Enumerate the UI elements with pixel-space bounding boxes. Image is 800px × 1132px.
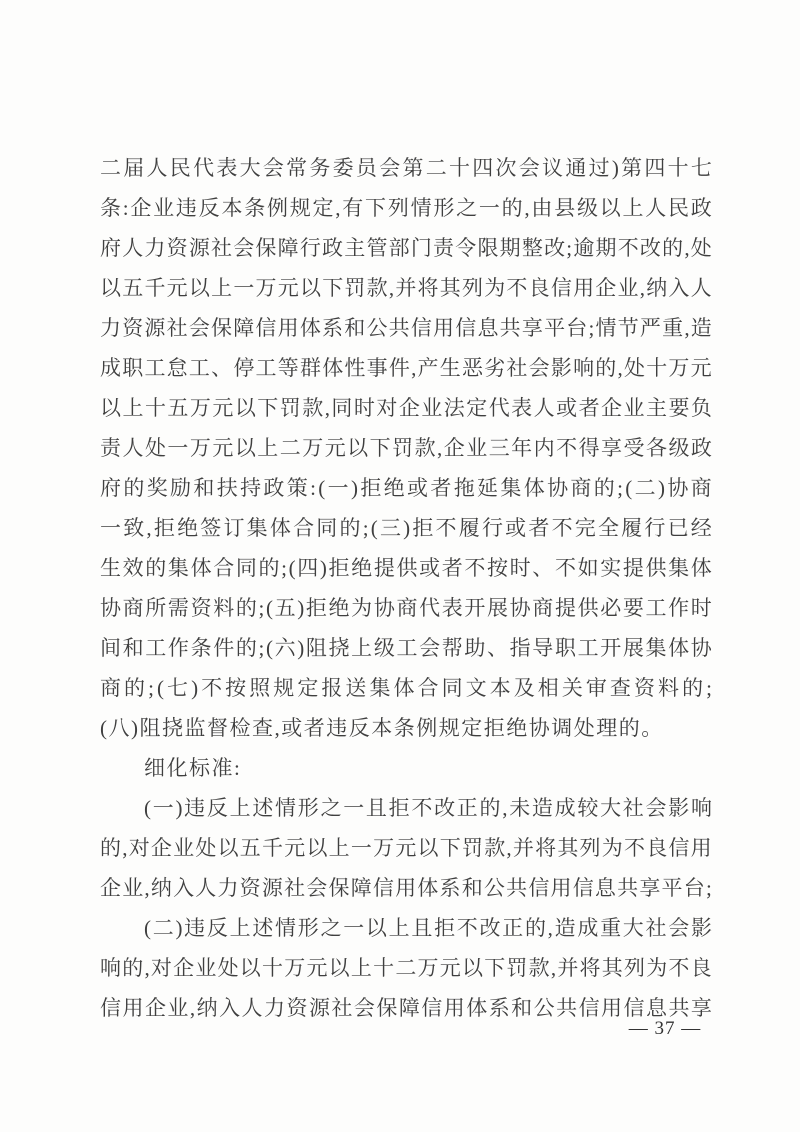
text-line: 成职工怠工、停工等群体性事件,产生恶劣社会影响的,处十万元	[100, 348, 712, 388]
text-line: 生效的集体合同的;(四)拒绝提供或者不按时、不如实提供集体	[100, 548, 712, 588]
text-line: 响的,对企业处以十万元以上十二万元以下罚款,并将其列为不良	[100, 948, 712, 988]
text-line: 企业,纳入人力资源社会保障信用体系和公共信用信息共享平台;	[100, 868, 712, 908]
text-line: (二)违反上述情形之一以上且拒不改正的,造成重大社会影	[100, 908, 712, 948]
text-line: (一)违反上述情形之一且拒不改正的,未造成较大社会影响	[100, 788, 712, 828]
text-line: 的,对企业处以五千元以上一万元以下罚款,并将其列为不良信用	[100, 828, 712, 868]
text-line: 细化标准:	[100, 748, 712, 788]
text-line: 府人力资源社会保障行政主管部门责令限期整改;逾期不改的,处	[100, 228, 712, 268]
page-number: — 37 —	[622, 1014, 708, 1044]
text-line: 商的;(七)不按照规定报送集体合同文本及相关审查资料的;	[100, 668, 712, 708]
text-line: 以上十五万元以下罚款,同时对企业法定代表人或者企业主要负	[100, 388, 712, 428]
text-line: 一致,拒绝签订集体合同的;(三)拒不履行或者不完全履行已经	[100, 508, 712, 548]
text-line: 府的奖励和扶持政策:(一)拒绝或者拖延集体协商的;(二)协商	[100, 468, 712, 508]
text-line: 协商所需资料的;(五)拒绝为协商代表开展协商提供必要工作时	[100, 588, 712, 628]
document-page: 二届人民代表大会常务委员会第二十四次会议通过)第四十七条:企业违反本条例规定,有…	[0, 0, 800, 1132]
text-line: (八)阻挠监督检查,或者违反本条例规定拒绝协调处理的。	[100, 708, 712, 748]
text-line: 力资源社会保障信用体系和公共信用信息共享平台;情节严重,造	[100, 308, 712, 348]
text-line: 以五千元以上一万元以下罚款,并将其列为不良信用企业,纳入人	[100, 268, 712, 308]
text-line: 条:企业违反本条例规定,有下列情形之一的,由县级以上人民政	[100, 188, 712, 228]
text-block: 二届人民代表大会常务委员会第二十四次会议通过)第四十七条:企业违反本条例规定,有…	[100, 148, 712, 1028]
text-line: 责人处一万元以上二万元以下罚款,企业三年内不得享受各级政	[100, 428, 712, 468]
text-line: 信用企业,纳入人力资源社会保障信用体系和公共信用信息共享	[100, 988, 712, 1028]
text-line: 间和工作条件的;(六)阻挠上级工会帮助、指导职工开展集体协	[100, 628, 712, 668]
text-line: 二届人民代表大会常务委员会第二十四次会议通过)第四十七	[100, 148, 712, 188]
